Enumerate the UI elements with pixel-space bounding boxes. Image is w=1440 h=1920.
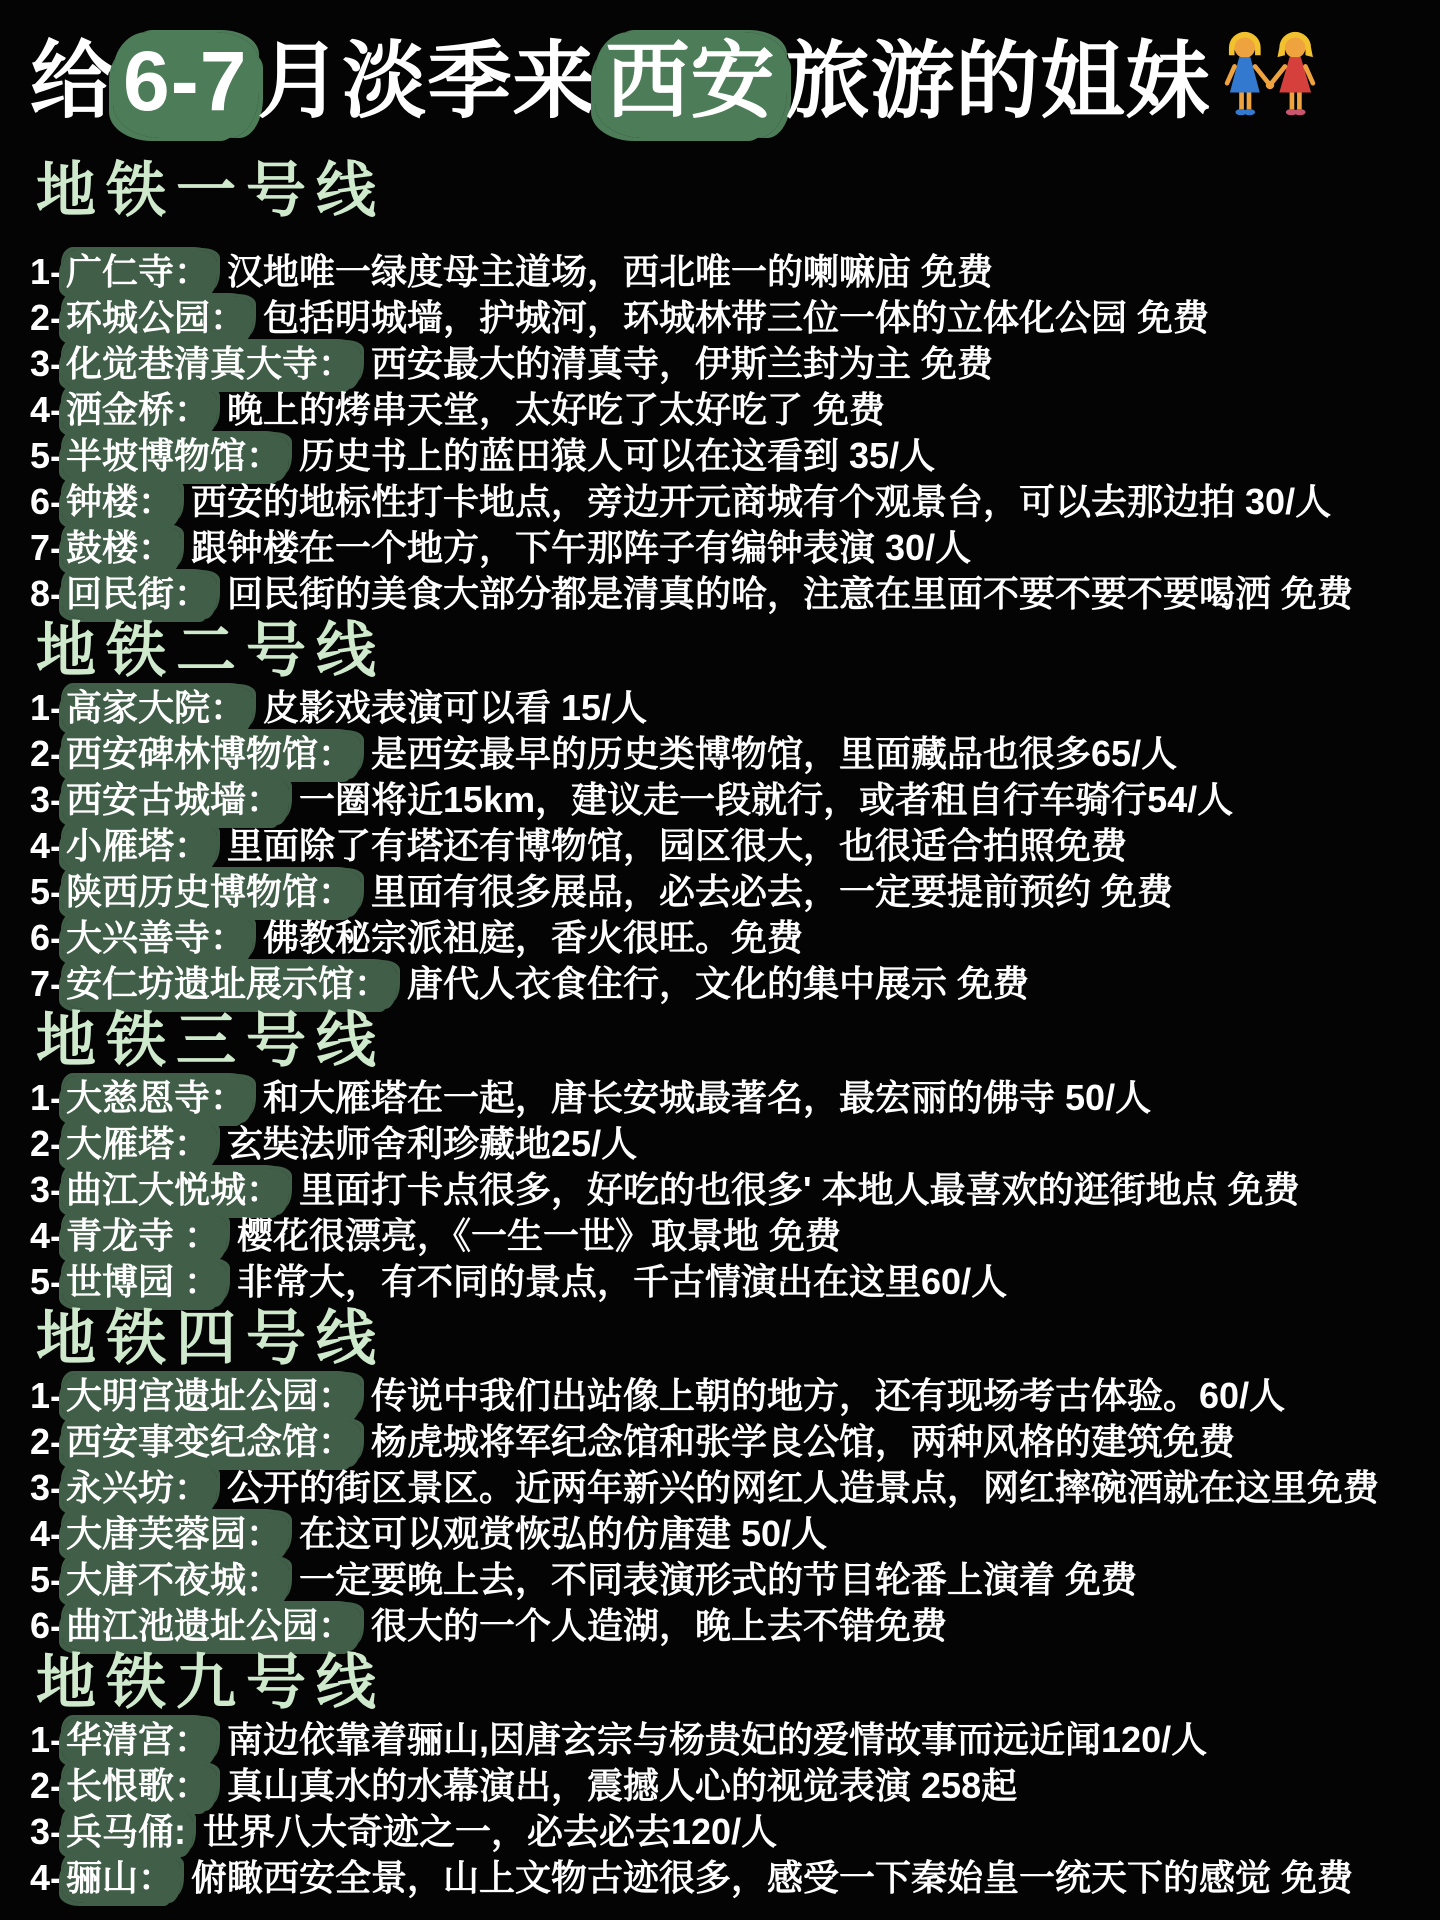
attraction-description: 里面除了有塔还有博物馆，园区很大，也很适合拍照免费 <box>227 825 1127 866</box>
women-holding-hands-emoji <box>1214 24 1326 120</box>
attraction-number: 4- <box>30 389 62 430</box>
attraction-number: 2- <box>30 1421 62 1462</box>
title-highlighted-text: 西安 <box>595 32 787 138</box>
attraction-item: 1-高家大院：皮影戏表演可以看 15/人 <box>30 685 1414 731</box>
attraction-name: 钟楼： <box>62 480 181 527</box>
attraction-item: 1-华清宫：南边依靠着骊山,因唐玄宗与杨贵妃的爱情故事而远近闻120/人 <box>30 1717 1414 1763</box>
attraction-number: 4- <box>30 825 62 866</box>
attraction-name: 西安事变纪念馆： <box>62 1420 361 1467</box>
attraction-name: 兵马俑: <box>62 1810 193 1857</box>
attraction-item: 4-骊山：俯瞰西安全景，山上文物古迹很多，感受一下秦始皇一统天下的感觉 免费 <box>30 1855 1414 1901</box>
attraction-item: 1-广仁寺：汉地唯一绿度母主道场，西北唯一的喇嘛庙 免费 <box>30 249 1414 295</box>
attraction-name: 大慈恩寺： <box>62 1076 253 1123</box>
attraction-number: 2- <box>30 1123 62 1164</box>
attraction-item: 3-永兴坊：公开的街区景区。近两年新兴的网红人造景点，网红摔碗酒就在这里免费 <box>30 1465 1414 1511</box>
attraction-number: 7- <box>30 963 62 1004</box>
attraction-item: 4-小雁塔：里面除了有塔还有博物馆，园区很大，也很适合拍照免费 <box>30 823 1414 869</box>
attraction-item: 4-青龙寺 ：樱花很漂亮，《一生一世》取景地 免费 <box>30 1213 1414 1259</box>
attraction-number: 2- <box>30 297 62 338</box>
attraction-description: 一定要晚上去，不同表演形式的节目轮番上演着 免费 <box>299 1559 1137 1600</box>
attraction-item: 4-大唐芙蓉园：在这可以观赏恢弘的仿唐建 50/人 <box>30 1511 1414 1557</box>
attraction-description: 包括明城墙，护城河，环城林带三位一体的立体化公园 免费 <box>263 297 1209 338</box>
metro-line-header: 地铁二号线 <box>36 617 1414 685</box>
attraction-name: 安仁坊遗址展示馆： <box>62 962 397 1009</box>
attraction-number: 1- <box>30 251 62 292</box>
attraction-item: 5-世博园 ：非常大，有不同的景点，千古情演出在这里60/人 <box>30 1259 1414 1305</box>
attraction-name: 洒金桥： <box>62 388 217 435</box>
attraction-item: 3-兵马俑:世界八大奇迹之一，必去必去120/人 <box>30 1809 1414 1855</box>
attraction-number: 5- <box>30 1261 62 1302</box>
attraction-description: 在这可以观赏恢弘的仿唐建 50/人 <box>299 1513 827 1554</box>
attraction-name: 高家大院： <box>62 686 253 733</box>
attraction-description: 西安的地标性打卡地点，旁边开元商城有个观景台，可以去那边拍 30/人 <box>191 481 1331 522</box>
attraction-description: 一圈将近15km，建议走一段就行，或者租自行车骑行54/人 <box>299 779 1233 820</box>
attraction-name: 大唐芙蓉园： <box>62 1512 289 1559</box>
attraction-description: 是西安最早的历史类博物馆，里面藏品也很多65/人 <box>371 733 1177 774</box>
attraction-item: 1-大明宫遗址公园：传说中我们出站像上朝的地方，还有现场考古体验。60/人 <box>30 1373 1414 1419</box>
attraction-item: 2-大雁塔：玄奘法师舍利珍藏地25/人 <box>30 1121 1414 1167</box>
attraction-item: 8-回民街：回民街的美食大部分都是清真的哈，注意在里面不要不要不要喝洒 免费 <box>30 571 1414 617</box>
title-highlighted-text: 6-7 <box>113 32 259 138</box>
attraction-item: 2-西安事变纪念馆：杨虎城将军纪念馆和张学良公馆，两种风格的建筑免费 <box>30 1419 1414 1465</box>
attraction-description: 唐代人衣食住行，文化的集中展示 免费 <box>407 963 1029 1004</box>
attraction-name: 大唐不夜城： <box>62 1558 289 1605</box>
attraction-description: 真山真水的水幕演出，震撼人心的视觉表演 258起 <box>227 1765 1017 1806</box>
attraction-number: 6- <box>30 917 62 958</box>
attraction-name: 陕西历史博物馆： <box>62 870 361 917</box>
attraction-description: 世界八大奇迹之一，必去必去120/人 <box>203 1811 777 1852</box>
attraction-number: 4- <box>30 1215 62 1256</box>
attraction-number: 5- <box>30 435 62 476</box>
attraction-name: 半坡博物馆： <box>62 434 289 481</box>
attraction-item: 3-西安古城墙：一圈将近15km，建议走一段就行，或者租自行车骑行54/人 <box>30 777 1414 823</box>
attraction-name: 华清宫： <box>62 1718 217 1765</box>
attraction-number: 3- <box>30 779 62 820</box>
title-text: 旅游的姐妹 <box>785 34 1210 128</box>
metro-line-header: 地铁三号线 <box>36 1007 1414 1075</box>
attraction-description: 很大的一个人造湖，晚上去不错免费 <box>371 1605 947 1646</box>
attraction-number: 2- <box>30 733 62 774</box>
attraction-description: 南边依靠着骊山,因唐玄宗与杨贵妃的爱情故事而远近闻120/人 <box>227 1719 1207 1760</box>
attraction-item: 2-环城公园：包括明城墙，护城河，环城林带三位一体的立体化公园 免费 <box>30 295 1414 341</box>
attraction-name: 大雁塔： <box>62 1122 217 1169</box>
attraction-name: 大明宫遗址公园： <box>62 1374 361 1421</box>
attraction-description: 传说中我们出站像上朝的地方，还有现场考古体验。60/人 <box>371 1375 1285 1416</box>
attraction-item: 2-西安碑林博物馆：是西安最早的历史类博物馆，里面藏品也很多65/人 <box>30 731 1414 777</box>
attraction-description: 佛教秘宗派祖庭，香火很旺。免费 <box>263 917 803 958</box>
metro-line-section: 地铁四号线1-大明宫遗址公园：传说中我们出站像上朝的地方，还有现场考古体验。60… <box>30 1305 1414 1649</box>
title-text: 月淡季来 <box>257 34 597 128</box>
attraction-name: 化觉巷清真大寺： <box>62 342 361 389</box>
attraction-name: 环城公园： <box>62 296 253 343</box>
attraction-name: 青龙寺 ： <box>62 1214 227 1261</box>
attraction-item: 6-钟楼：西安的地标性打卡地点，旁边开元商城有个观景台，可以去那边拍 30/人 <box>30 479 1414 525</box>
attraction-number: 3- <box>30 343 62 384</box>
attraction-number: 1- <box>30 687 62 728</box>
attraction-item: 5-陕西历史博物馆：里面有很多展品，必去必去，一定要提前预约 免费 <box>30 869 1414 915</box>
attraction-description: 皮影戏表演可以看 15/人 <box>263 687 647 728</box>
attraction-number: 3- <box>30 1467 62 1508</box>
attraction-name: 西安碑林博物馆： <box>62 732 361 779</box>
metro-line-section: 地铁三号线1-大慈恩寺：和大雁塔在一起，唐长安城最著名，最宏丽的佛寺 50/人2… <box>30 1007 1414 1305</box>
attraction-name: 大兴善寺： <box>62 916 253 963</box>
attraction-name: 曲江大悦城： <box>62 1168 289 1215</box>
attraction-item: 5-大唐不夜城：一定要晚上去，不同表演形式的节目轮番上演着 免费 <box>30 1557 1414 1603</box>
attraction-item: 3-化觉巷清真大寺：西安最大的清真寺，伊斯兰封为主 免费 <box>30 341 1414 387</box>
attraction-description: 杨虎城将军纪念馆和张学良公馆，两种风格的建筑免费 <box>371 1421 1235 1462</box>
attraction-number: 5- <box>30 1559 62 1600</box>
attraction-description: 樱花很漂亮，《一生一世》取景地 免费 <box>237 1215 841 1256</box>
attraction-number: 1- <box>30 1375 62 1416</box>
metro-line-section: 地铁九号线1-华清宫：南边依靠着骊山,因唐玄宗与杨贵妃的爱情故事而远近闻120/… <box>30 1649 1414 1901</box>
attraction-description: 非常大，有不同的景点，千古情演出在这里60/人 <box>237 1261 1007 1302</box>
attraction-name: 回民街： <box>62 572 217 619</box>
attraction-description: 玄奘法师舍利珍藏地25/人 <box>227 1123 637 1164</box>
attraction-description: 俯瞰西安全景，山上文物古迹很多，感受一下秦始皇一统天下的感觉 免费 <box>191 1857 1353 1898</box>
attraction-name: 世博园 ： <box>62 1260 227 1307</box>
attraction-number: 6- <box>30 1605 62 1646</box>
attraction-description: 里面打卡点很多，好吃的也很多' 本地人最喜欢的逛街地点 免费 <box>299 1169 1300 1210</box>
travel-guide-post: 给6-7月淡季来西安旅游的姐妹 地铁一号线1-广仁寺：汉地唯一绿度母主道场，西北… <box>0 0 1440 1920</box>
attraction-description: 和大雁塔在一起，唐长安城最著名，最宏丽的佛寺 50/人 <box>263 1077 1151 1118</box>
metro-line-header: 地铁九号线 <box>36 1649 1414 1717</box>
attraction-item: 2-长恨歌：真山真水的水幕演出，震撼人心的视觉表演 258起 <box>30 1763 1414 1809</box>
attraction-description: 历史书上的蓝田猿人可以在这看到 35/人 <box>299 435 935 476</box>
attraction-description: 汉地唯一绿度母主道场，西北唯一的喇嘛庙 免费 <box>227 251 993 292</box>
attraction-name: 小雁塔： <box>62 824 217 871</box>
attraction-description: 晚上的烤串天堂，太好吃了太好吃了 免费 <box>227 389 885 430</box>
attraction-item: 1-大慈恩寺：和大雁塔在一起，唐长安城最著名，最宏丽的佛寺 50/人 <box>30 1075 1414 1121</box>
attraction-number: 1- <box>30 1077 62 1118</box>
attraction-description: 西安最大的清真寺，伊斯兰封为主 免费 <box>371 343 993 384</box>
attraction-number: 1- <box>30 1719 62 1760</box>
post-title: 给6-7月淡季来西安旅游的姐妹 <box>30 24 1414 129</box>
attraction-name: 鼓楼： <box>62 526 181 573</box>
attraction-item: 4-洒金桥：晚上的烤串天堂，太好吃了太好吃了 免费 <box>30 387 1414 433</box>
attraction-description: 公开的街区景区。近两年新兴的网红人造景点，网红摔碗酒就在这里免费 <box>227 1467 1379 1508</box>
attraction-item: 5-半坡博物馆：历史书上的蓝田猿人可以在这看到 35/人 <box>30 433 1414 479</box>
attraction-description: 里面有很多展品，必去必去，一定要提前预约 免费 <box>371 871 1173 912</box>
attraction-description: 跟钟楼在一个地方，下午那阵子有编钟表演 30/人 <box>191 527 971 568</box>
attraction-number: 5- <box>30 871 62 912</box>
attraction-number: 8- <box>30 573 62 614</box>
attraction-name: 广仁寺： <box>62 250 217 297</box>
metro-line-header: 地铁四号线 <box>36 1305 1414 1373</box>
attraction-name: 曲江池遗址公园： <box>62 1604 361 1651</box>
attraction-name: 西安古城墙： <box>62 778 289 825</box>
attraction-description: 回民街的美食大部分都是清真的哈，注意在里面不要不要不要喝洒 免费 <box>227 573 1353 614</box>
attraction-item: 3-曲江大悦城：里面打卡点很多，好吃的也很多' 本地人最喜欢的逛街地点 免费 <box>30 1167 1414 1213</box>
metro-line-section: 地铁一号线1-广仁寺：汉地唯一绿度母主道场，西北唯一的喇嘛庙 免费2-环城公园：… <box>30 157 1414 617</box>
attraction-number: 2- <box>30 1765 62 1806</box>
metro-line-header: 地铁一号线 <box>36 157 1414 225</box>
attraction-number: 7- <box>30 527 62 568</box>
metro-line-section: 地铁二号线1-高家大院：皮影戏表演可以看 15/人2-西安碑林博物馆：是西安最早… <box>30 617 1414 1007</box>
title-parts: 给6-7月淡季来西安旅游的姐妹 <box>30 34 1210 128</box>
attraction-name: 长恨歌： <box>62 1764 217 1811</box>
attraction-number: 6- <box>30 481 62 522</box>
attraction-item: 7-安仁坊遗址展示馆：唐代人衣食住行，文化的集中展示 免费 <box>30 961 1414 1007</box>
attraction-name: 骊山： <box>62 1856 181 1903</box>
title-text: 给 <box>30 34 115 128</box>
attraction-item: 7-鼓楼：跟钟楼在一个地方，下午那阵子有编钟表演 30/人 <box>30 525 1414 571</box>
sections: 地铁一号线1-广仁寺：汉地唯一绿度母主道场，西北唯一的喇嘛庙 免费2-环城公园：… <box>30 157 1414 1901</box>
attraction-name: 永兴坊： <box>62 1466 217 1513</box>
attraction-item: 6-大兴善寺：佛教秘宗派祖庭，香火很旺。免费 <box>30 915 1414 961</box>
attraction-number: 3- <box>30 1811 62 1852</box>
attraction-number: 4- <box>30 1513 62 1554</box>
attraction-number: 4- <box>30 1857 62 1898</box>
attraction-number: 3- <box>30 1169 62 1210</box>
attraction-item: 6-曲江池遗址公园：很大的一个人造湖，晚上去不错免费 <box>30 1603 1414 1649</box>
